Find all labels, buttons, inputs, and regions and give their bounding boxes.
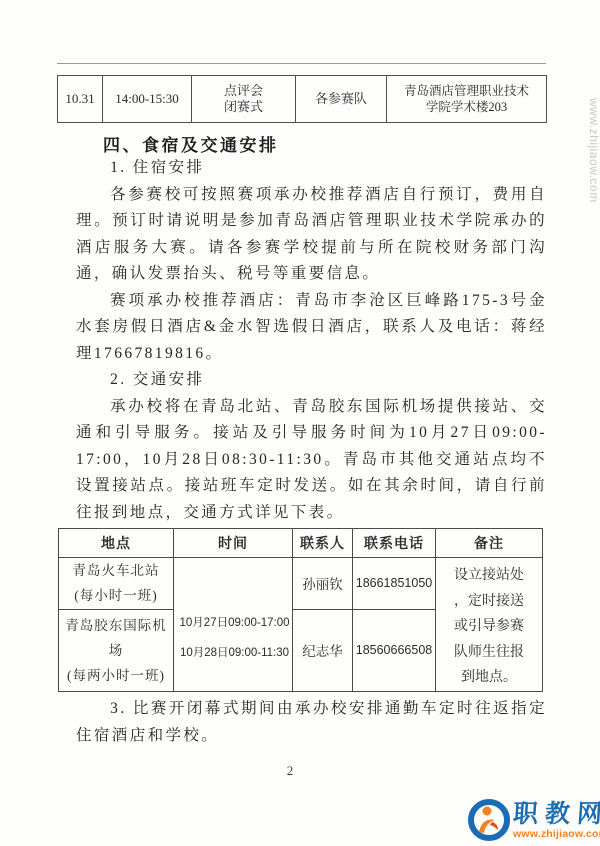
paragraph-transport: 承办校将在青岛北站、青岛胶东国际机场提供接站、交通和引导服务。接站及引导服务时间… [76, 394, 547, 527]
schedule-event-cell: 点评会 闭赛式 [192, 76, 296, 123]
col-header-time: 时间 [174, 529, 293, 558]
schedule-date-cell: 10.31 [58, 76, 103, 123]
table-row: 10.31 14:00-15:30 点评会 闭赛式 各参赛队 青岛酒店管理职业技… [58, 76, 547, 123]
logo-url: www.zhijiaow.com [513, 828, 600, 840]
table-top-divider [57, 63, 546, 64]
subsection-title-transport: 2. 交通安排 [76, 367, 547, 394]
table-header-row: 地点 时间 联系人 联系电话 备注 [59, 529, 543, 558]
table-row: 青岛火车北站 (每小时一班) 10月27日09:00-17:00 10月28日0… [59, 558, 543, 610]
phone-cell: 18661851050 [353, 558, 436, 610]
contact-cell: 纪志华 [293, 609, 353, 691]
body-text-commute: 3. 比赛开闭幕式期间由承办校安排通勤车定时往返指定住宿酒店和学校。 [76, 695, 547, 749]
document-page: 10.31 14:00-15:30 点评会 闭赛式 各参赛队 青岛酒店管理职业技… [0, 0, 600, 846]
paragraph-accommodation-1: 各参赛校可按照赛项承办校推荐酒店自行预订，费用自理。预订时请说明是参加青岛酒店管… [76, 182, 547, 288]
schedule-location-cell: 青岛酒店管理职业技术学院学术楼203 [387, 76, 547, 123]
schedule-event-line2: 闭赛式 [192, 99, 295, 115]
zhijiaow-logo-icon [467, 798, 511, 842]
transport-table: 地点 时间 联系人 联系电话 备注 青岛火车北站 (每小时一班) 10月27日0… [58, 528, 543, 692]
phone-cell: 18560666508 [353, 609, 436, 691]
col-header-contact: 联系人 [293, 529, 353, 558]
location-cell-airport: 青岛胶东国际机场 (每两小时一班) [59, 609, 174, 691]
section-heading: 四、食宿及交通安排 [103, 131, 279, 156]
zhijiaow-logo: 职教网 www.zhijiaow.com [467, 795, 599, 845]
location-frequency: (每两小时一班) [59, 663, 173, 688]
contact-cell: 孙丽钦 [293, 558, 353, 610]
schedule-table: 10.31 14:00-15:30 点评会 闭赛式 各参赛队 青岛酒店管理职业技… [57, 75, 547, 123]
side-watermark: www.zhijiaow.com [587, 98, 600, 203]
logo-name: 职教网 [512, 801, 600, 828]
location-cell-north-station: 青岛火车北站 (每小时一班) [59, 558, 174, 610]
time-cell: 10月27日09:00-17:00 10月28日09:00-11:30 [174, 558, 293, 692]
location-name: 青岛胶东国际机场 [59, 613, 173, 663]
schedule-event-line1: 点评会 [192, 83, 295, 99]
paragraph-commute: 3. 比赛开闭幕式期间由承办校安排通勤车定时往返指定住宿酒店和学校。 [76, 695, 547, 749]
col-header-location: 地点 [59, 529, 174, 558]
page-number: 2 [0, 763, 580, 779]
schedule-time-cell: 14:00-15:30 [103, 76, 192, 123]
body-text: 1. 住宿安排 各参赛校可按照赛项承办校推荐酒店自行预订，费用自理。预订时请说明… [76, 155, 547, 526]
time-line2: 10月28日09:00-11:30 [177, 638, 292, 668]
paragraph-accommodation-2: 赛项承办校推荐酒店：青岛市李沧区巨峰路175-3号金水套房假日酒店&金水智选假日… [76, 288, 547, 368]
col-header-remark: 备注 [436, 529, 543, 558]
schedule-participants-cell: 各参赛队 [296, 76, 387, 123]
logo-text-block: 职教网 www.zhijiaow.com [513, 801, 600, 840]
subsection-title-accommodation: 1. 住宿安排 [76, 155, 547, 182]
location-frequency: (每小时一班) [59, 583, 173, 608]
location-name: 青岛火车北站 [59, 558, 173, 583]
remark-cell: 设立接站处，定时接送或引导参赛队师生往报到地点。 [436, 558, 543, 692]
col-header-phone: 联系电话 [353, 529, 436, 558]
time-line1: 10月27日09:00-17:00 [177, 608, 292, 638]
